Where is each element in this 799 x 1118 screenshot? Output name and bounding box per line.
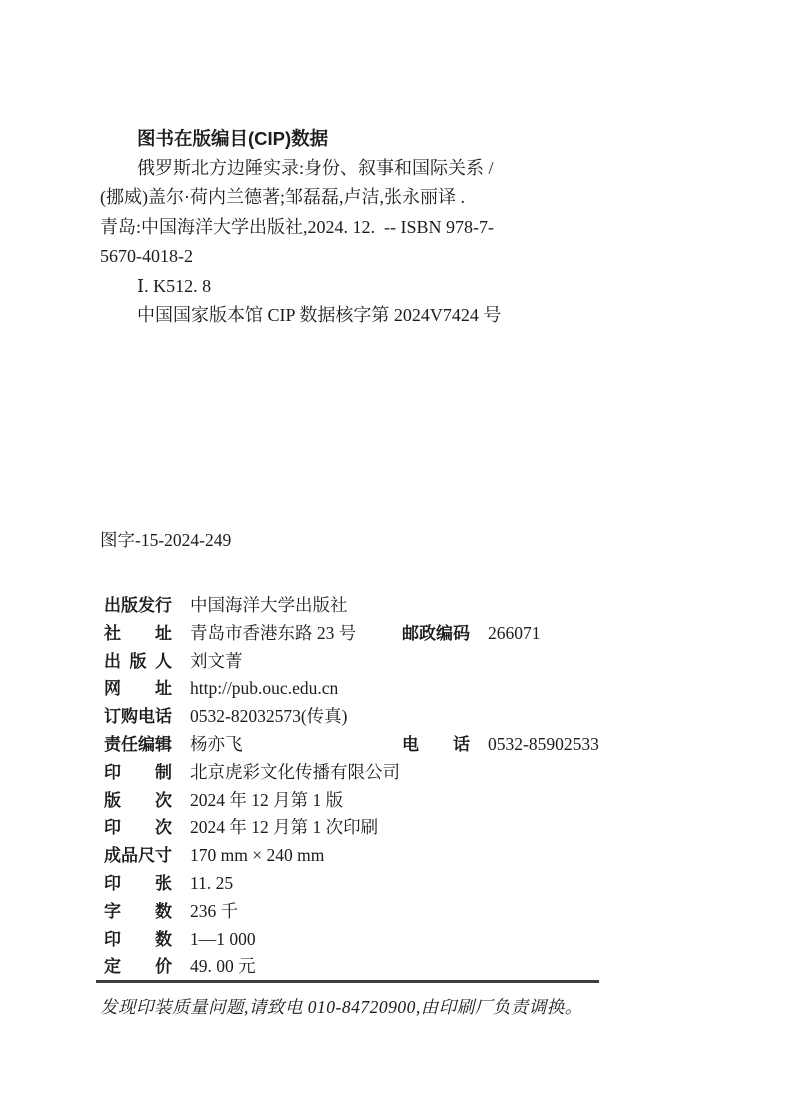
value-edition: 2024 年 12 月第 1 版	[190, 787, 402, 815]
value-trim-size: 170 mm × 240 mm	[190, 842, 402, 870]
value-website-url: http://pub.ouc.edu.cn	[190, 675, 402, 703]
row-editor: 责任编辑 杨亦飞 电 话 0532-85902533	[104, 731, 704, 759]
cip-record-number: 中国国家版本馆 CIP 数据核字第 2024V7424 号	[100, 301, 680, 331]
row-trim-size: 成品尺寸 170 mm × 240 mm	[104, 842, 704, 870]
label-address: 社 址	[104, 620, 190, 648]
value-postal-code: 266071	[488, 620, 541, 648]
label-sheets: 印 张	[104, 870, 190, 898]
cip-isbn-continuation: 5670-4018-2	[100, 242, 680, 272]
label-edition: 版 次	[104, 787, 190, 815]
value-word-count: 236 千	[190, 898, 402, 926]
book-copyright-page: 图书在版编目(CIP)数据 俄罗斯北方边陲实录:身份、叙事和国际关系 / (挪威…	[0, 0, 799, 1118]
row-website: 网 址 http://pub.ouc.edu.cn	[104, 675, 704, 703]
value-print-run: 1—1 000	[190, 926, 402, 954]
value-phone: 0532-85902533	[488, 731, 599, 759]
row-price: 定 价 49. 00 元	[104, 953, 704, 981]
cip-title-line: 俄罗斯北方边陲实录:身份、叙事和国际关系 /	[100, 154, 680, 184]
value-publisher-person: 刘文菁	[190, 648, 402, 676]
cip-publisher-isbn-line: 青岛:中国海洋大学出版社,2024. 12. -- ISBN 978-7-	[100, 213, 680, 243]
row-print-run: 印 数 1—1 000	[104, 926, 704, 954]
label-trim-size: 成品尺寸	[104, 842, 190, 870]
row-edition: 版 次 2024 年 12 月第 1 版	[104, 787, 704, 815]
label-price: 定 价	[104, 953, 190, 981]
value-impression: 2024 年 12 月第 1 次印刷	[190, 814, 402, 842]
cip-heading: 图书在版编目(CIP)数据	[100, 124, 680, 154]
label-editor: 责任编辑	[104, 731, 190, 759]
label-print-run: 印 数	[104, 926, 190, 954]
label-website: 网 址	[104, 675, 190, 703]
value-publisher: 中国海洋大学出版社	[190, 592, 402, 620]
print-quality-note: 发现印装质量问题,请致电 010-84720900,由印刷厂负责调换。	[100, 994, 583, 1019]
label-publisher: 出版发行	[104, 592, 190, 620]
value-order-phone: 0532-82032573(传真)	[190, 703, 402, 731]
label-publisher-person: 出 版 人	[104, 648, 190, 676]
label-printer: 印 制	[104, 759, 190, 787]
cip-author-line: (挪威)盖尔·荷内兰德著;邹磊磊,卢洁,张永丽译 .	[100, 183, 680, 213]
label-word-count: 字 数	[104, 898, 190, 926]
row-publisher-person: 出 版 人 刘文菁	[104, 648, 704, 676]
value-price: 49. 00 元	[190, 953, 402, 981]
row-publisher: 出版发行 中国海洋大学出版社	[104, 592, 704, 620]
value-editor: 杨亦飞	[190, 731, 402, 759]
row-order-phone: 订购电话 0532-82032573(传真)	[104, 703, 704, 731]
cip-block: 图书在版编目(CIP)数据 俄罗斯北方边陲实录:身份、叙事和国际关系 / (挪威…	[100, 124, 680, 331]
value-sheets: 11. 25	[190, 870, 402, 898]
colophon-table: 出版发行 中国海洋大学出版社 社 址 青岛市香港东路 23 号 邮政编码 266…	[104, 592, 704, 981]
value-address: 青岛市香港东路 23 号	[190, 620, 402, 648]
row-sheets: 印 张 11. 25	[104, 870, 704, 898]
label-postal-code: 邮政编码	[402, 620, 488, 648]
row-address: 社 址 青岛市香港东路 23 号 邮政编码 266071	[104, 620, 704, 648]
label-order-phone: 订购电话	[104, 703, 190, 731]
cip-classification: Ⅰ. K512. 8	[100, 272, 680, 302]
label-impression: 印 次	[104, 814, 190, 842]
row-word-count: 字 数 236 千	[104, 898, 704, 926]
row-printer: 印 制 北京虎彩文化传播有限公司	[104, 759, 704, 787]
copyright-registration-number: 图字-15-2024-249	[100, 527, 231, 552]
divider-line	[96, 980, 599, 983]
row-impression: 印 次 2024 年 12 月第 1 次印刷	[104, 814, 704, 842]
label-phone: 电 话	[402, 731, 488, 759]
value-printer: 北京虎彩文化传播有限公司	[190, 759, 402, 787]
